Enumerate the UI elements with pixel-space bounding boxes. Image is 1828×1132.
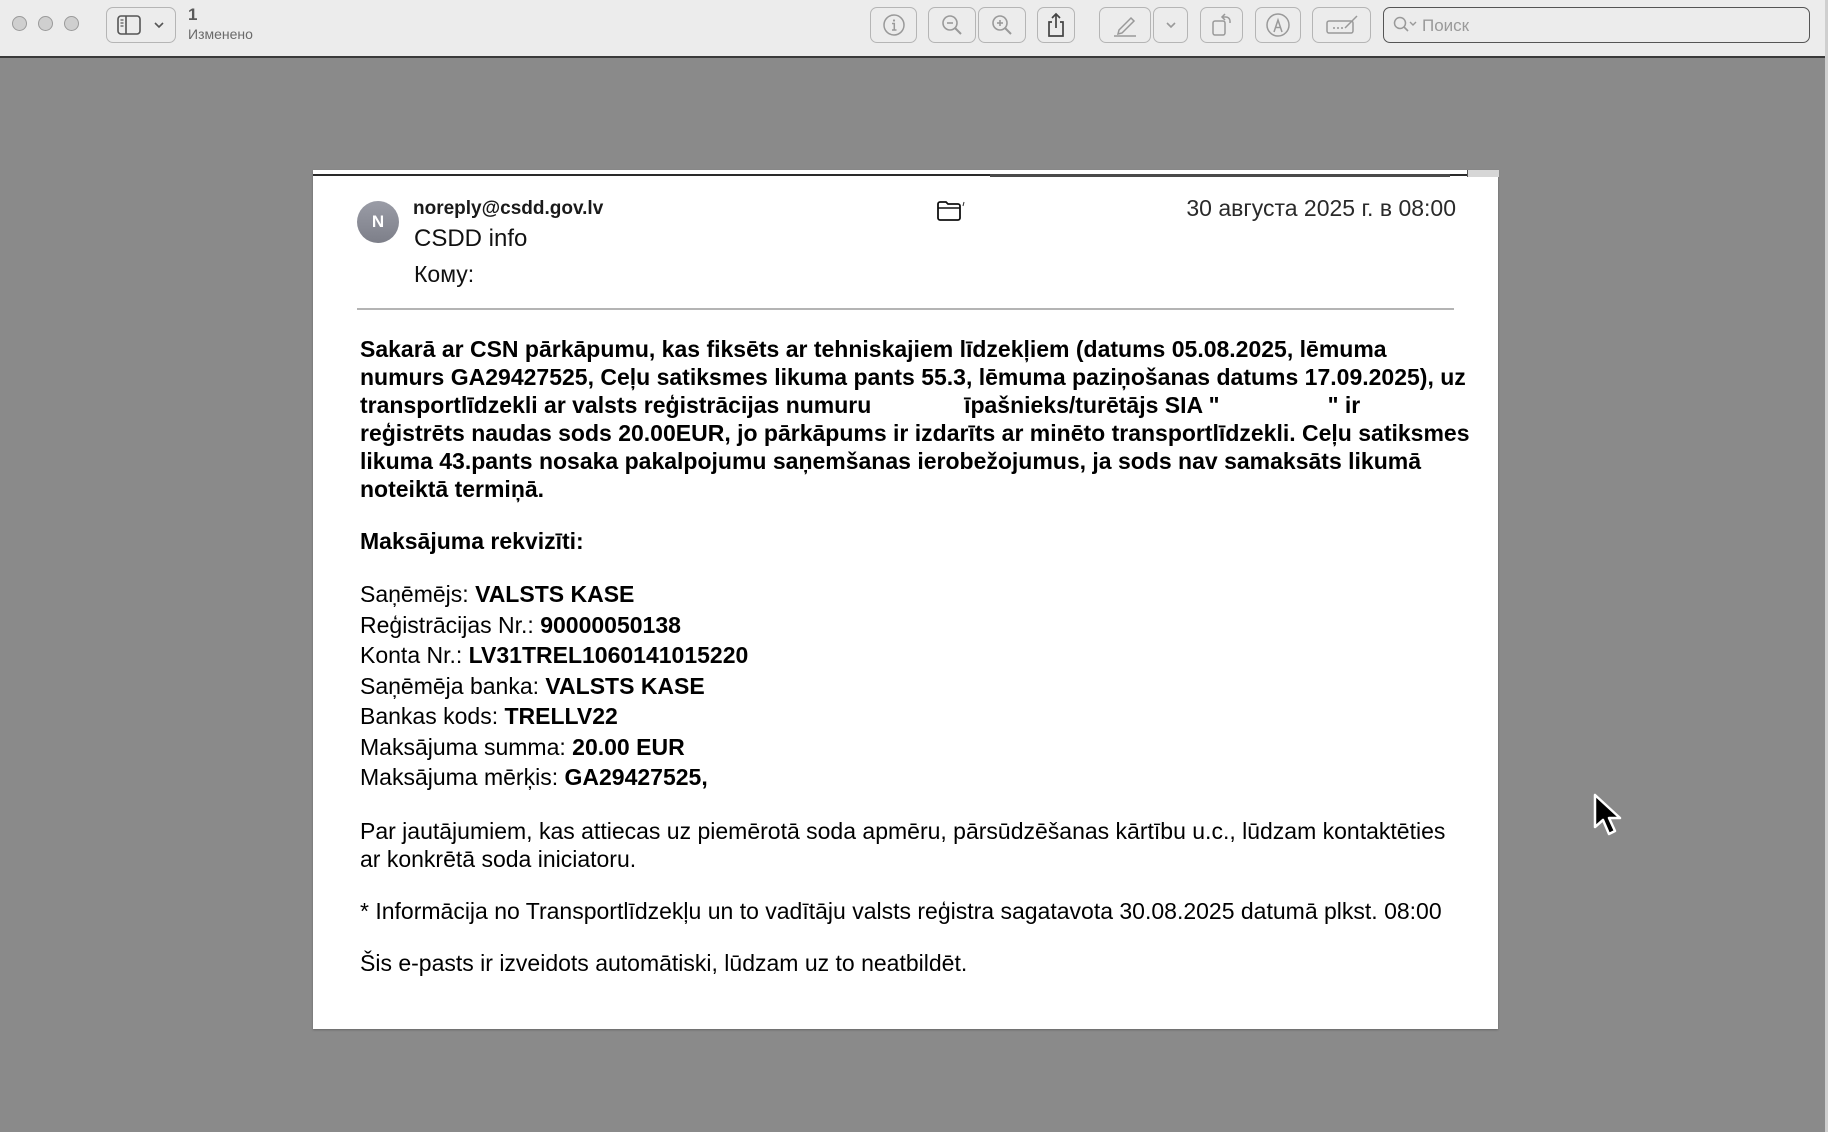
payment-label: Saņēmējs: [360,581,469,607]
payment-value: VALSTS KASE [475,581,634,607]
payment-value: LV31TREL1060141015220 [469,642,749,668]
intro-paragraph: Sakarā ar CSN pārkāpumu, kas fiksēts ar … [360,335,1470,503]
zoom-in-icon [990,13,1014,37]
sender-avatar: N [357,201,399,243]
search-input[interactable] [1420,12,1804,40]
email-body: Sakarā ar CSN pārkāpumu, kas fiksēts ar … [360,335,1470,1001]
zoom-window-button[interactable] [64,16,79,31]
payment-row-account: Konta Nr.: LV31TREL1060141015220 [360,640,1470,671]
sender-name: CSDD info [414,225,527,253]
payment-value: 20.00 EUR [572,734,685,760]
rotate-button[interactable] [1200,7,1243,43]
pencil-icon [1111,12,1139,38]
sender-email: noreply@csdd.gov.lv [413,198,603,220]
payment-label: Bankas kods: [360,703,498,729]
share-icon [1046,12,1066,38]
zoom-out-icon [940,13,964,37]
recipient-row: Кому: [414,261,501,288]
search-field[interactable] [1383,7,1810,43]
payment-value: 90000050138 [540,612,681,638]
questions-paragraph: Par jautājumiem, kas attiecas uz piemēro… [360,817,1470,873]
zoom-out-button[interactable] [928,7,976,43]
close-window-button[interactable] [12,16,27,31]
minimize-window-button[interactable] [38,16,53,31]
share-button[interactable] [1037,7,1075,43]
document-page: N noreply@csdd.gov.lv CSDD info Кому: 30… [313,170,1498,1029]
page-corner [1467,170,1499,177]
sidebar-icon [117,15,141,35]
info-button[interactable] [870,7,917,43]
rotate-icon [1210,12,1234,38]
email-date: 30 августа 2025 г. в 08:00 [1186,195,1456,222]
payment-label: Maksājuma mērķis: [360,764,558,790]
document-title: 1 [188,5,197,25]
info-icon [882,13,906,37]
payment-value: VALSTS KASE [545,673,704,699]
document-status: Изменено [188,26,253,42]
payment-value: TRELLV22 [504,703,617,729]
payment-row-purpose: Maksājuma mērķis: GA29427525, [360,762,1470,793]
search-icon [1393,16,1419,39]
payment-value: GA29427525, [565,764,708,790]
pen-circle-icon [1265,12,1291,38]
window-toolbar: 1 Изменено [0,0,1828,58]
payment-label: Reģistrācijas Nr.: [360,612,534,638]
info-note: * Informācija no Transportlīdzekļu un to… [360,897,1470,925]
sign-button[interactable] [1312,7,1371,43]
auto-reply-note: Šis e-pasts ir izveidots automātiski, lū… [360,949,1470,977]
payment-row-recipient: Saņēmējs: VALSTS KASE [360,579,1470,610]
payment-label: Konta Nr.: [360,642,462,668]
signature-icon [1325,13,1359,37]
zoom-in-button[interactable] [978,7,1026,43]
highlight-button[interactable] [1255,7,1301,43]
header-divider [357,308,1454,310]
mouse-pointer-icon [1593,793,1623,842]
payment-row-bank-code: Bankas kods: TRELLV22 [360,701,1470,732]
payment-label: Saņēmēja banka: [360,673,539,699]
chevron-down-icon [153,21,165,29]
markup-options-button[interactable] [1153,7,1188,43]
payment-row-registration: Reģistrācijas Nr.: 90000050138 [360,610,1470,641]
intro-text-2: īpašnieks/turētājs SIA " [958,392,1220,418]
payment-label: Maksājuma summa: [360,734,566,760]
payment-details: Saņēmējs: VALSTS KASE Reģistrācijas Nr.:… [360,579,1470,793]
chevron-down-icon [1165,21,1177,29]
redacted-plate-number [878,391,958,419]
page-top-border-segment [990,174,1450,177]
folder-icon [936,200,966,227]
redacted-company-name [1220,391,1328,419]
markup-button[interactable] [1099,7,1151,43]
recipient-label: Кому: [414,261,474,287]
payment-heading: Maksājuma rekvizīti: [360,527,1470,555]
sidebar-toggle-button[interactable] [106,7,176,43]
payment-row-amount: Maksājuma summa: 20.00 EUR [360,732,1470,763]
payment-row-bank: Saņēmēja banka: VALSTS KASE [360,671,1470,702]
